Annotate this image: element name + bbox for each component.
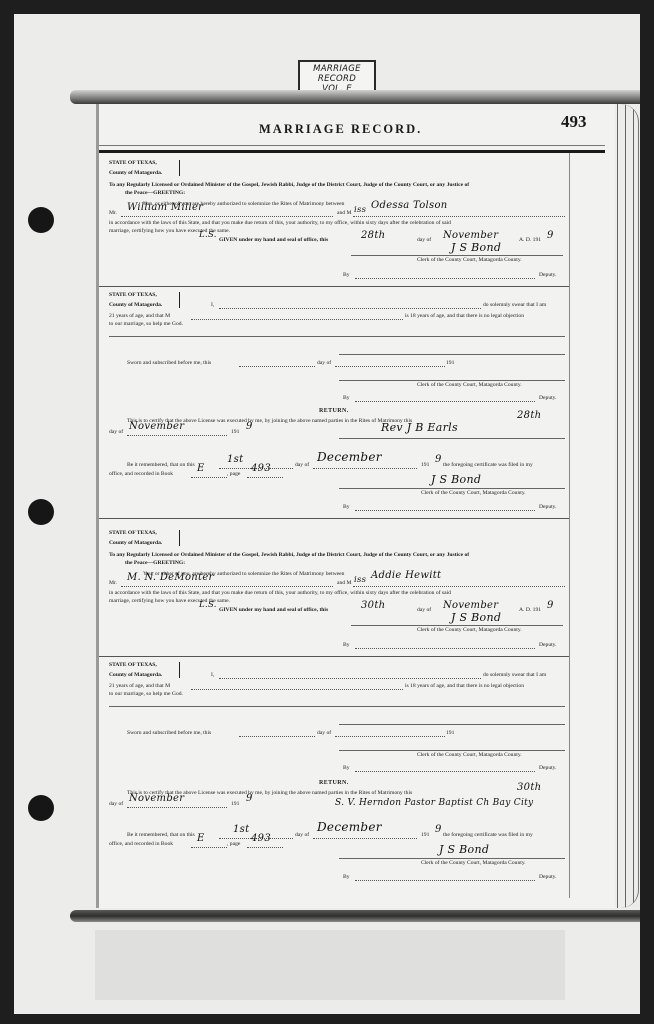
county-label: County of Matagorda. bbox=[109, 302, 162, 309]
filed-year-digit: 9 bbox=[435, 456, 442, 463]
page-edges bbox=[612, 104, 639, 908]
return-title: RETURN. bbox=[319, 408, 349, 415]
blank-line bbox=[219, 308, 481, 309]
recorded-page: 493 bbox=[251, 465, 271, 472]
signature-line bbox=[339, 380, 565, 381]
return-day: 30th bbox=[517, 784, 541, 791]
return-block-1: RETURN. This is to certify that the abov… bbox=[99, 408, 569, 518]
seal-mark: L.S. bbox=[199, 232, 217, 239]
remembered-text: Be it remembered, that on this bbox=[127, 462, 195, 469]
return-year-digit: 9 bbox=[246, 795, 253, 802]
blank-line bbox=[191, 689, 403, 690]
county-label: County of Matagorda. bbox=[109, 672, 162, 679]
binder-hole bbox=[28, 499, 54, 525]
volume-label-line: RECORD bbox=[300, 74, 374, 84]
filed-month: December bbox=[317, 824, 382, 831]
margin-line bbox=[569, 153, 570, 898]
i-label: I, bbox=[211, 302, 214, 309]
recorded-text: office, and recorded in Book bbox=[109, 471, 173, 478]
return-block-2: RETURN. This is to certify that the abov… bbox=[99, 780, 569, 890]
blank-line bbox=[127, 435, 227, 436]
blank-line bbox=[335, 736, 445, 737]
blank-line bbox=[355, 648, 535, 649]
accordance-text: in accordance with the laws of this Stat… bbox=[109, 220, 451, 227]
ad-label: A. D. 191 bbox=[519, 237, 541, 244]
day-of-label: day of bbox=[295, 832, 309, 839]
return-month: November bbox=[129, 795, 184, 802]
day-of-label: day of bbox=[317, 360, 331, 367]
blank-line bbox=[191, 319, 403, 320]
seal-mark: L.S. bbox=[199, 602, 217, 609]
by-label: By bbox=[343, 765, 350, 772]
brace bbox=[177, 292, 180, 308]
signature-line bbox=[351, 255, 563, 256]
deputy-label: Deputy. bbox=[539, 874, 557, 881]
day-of-label: day of bbox=[417, 607, 431, 614]
license-block-2: STATE OF TEXAS, County of Matagorda. To … bbox=[99, 530, 569, 658]
filed-text: the foregoing certificate was filed in m… bbox=[443, 832, 533, 839]
officiant-signature: S. V. Herndon Pastor Baptist Ch Bay City bbox=[335, 800, 533, 807]
given-day: 28th bbox=[361, 232, 385, 239]
state-label: STATE OF TEXAS, bbox=[109, 530, 157, 537]
page-title: MARRIAGE RECORD. bbox=[259, 122, 422, 137]
section-divider bbox=[99, 286, 569, 287]
year-label: 191 bbox=[231, 801, 239, 808]
book-spine-top bbox=[70, 90, 640, 104]
day-of-label: day of bbox=[295, 462, 309, 469]
clerk-label: Clerk of the County Court, Matagorda Cou… bbox=[417, 257, 522, 264]
recorded-text: office, and recorded in Book bbox=[109, 841, 173, 848]
clerk-signature: J S Bond bbox=[451, 244, 501, 251]
blank-line bbox=[191, 477, 227, 478]
blank-line bbox=[355, 771, 535, 772]
day-of-label: day of bbox=[109, 429, 123, 436]
deputy-label: Deputy. bbox=[539, 272, 557, 279]
signature-line bbox=[339, 724, 565, 725]
by-label: By bbox=[343, 395, 350, 402]
return-title: RETURN. bbox=[319, 780, 349, 787]
brace bbox=[177, 160, 180, 176]
volume-label-line: MARRIAGE bbox=[300, 64, 374, 74]
page-header: MARRIAGE RECORD. 493 bbox=[99, 104, 615, 150]
clerk-signature: J S Bond bbox=[451, 614, 501, 621]
brace bbox=[177, 530, 180, 546]
blank-line bbox=[313, 838, 417, 839]
brace bbox=[177, 662, 180, 678]
blank-line bbox=[355, 401, 535, 402]
state-label: STATE OF TEXAS, bbox=[109, 292, 157, 299]
oath-text: to our marriage, so help me God. bbox=[109, 691, 183, 698]
year-label: 191 bbox=[231, 429, 239, 436]
section-divider bbox=[99, 518, 569, 519]
header-rule bbox=[99, 145, 605, 146]
sworn-text: Sworn and subscribed before me, this bbox=[127, 360, 211, 367]
officiant-signature: Rev J B Earls bbox=[381, 424, 458, 431]
blank-line bbox=[355, 880, 535, 881]
page-label: , page bbox=[227, 841, 240, 848]
blank-line bbox=[355, 510, 535, 511]
year-label: 191 bbox=[421, 832, 429, 839]
state-label: STATE OF TEXAS, bbox=[109, 160, 157, 167]
binder-hole bbox=[28, 207, 54, 233]
blank-line bbox=[239, 736, 315, 737]
book-letter: E bbox=[197, 465, 205, 472]
sworn-text: Sworn and subscribed before me, this bbox=[127, 730, 211, 737]
bride-prefix: iss bbox=[354, 577, 366, 584]
return-month: November bbox=[129, 423, 184, 430]
book-spine-bottom bbox=[70, 910, 640, 922]
scan-smudge bbox=[95, 930, 565, 1000]
clerk-signature: J S Bond bbox=[439, 846, 489, 853]
and-m-label: and M bbox=[337, 210, 351, 217]
signature-line bbox=[339, 438, 565, 439]
filed-year-digit: 9 bbox=[435, 826, 442, 833]
signature-line bbox=[339, 354, 565, 355]
i-label: I, bbox=[211, 672, 214, 679]
groom-name: William Miller bbox=[127, 204, 203, 211]
remembered-text: Be it remembered, that on this bbox=[127, 832, 195, 839]
clerk-label: Clerk of the County Court, Matagorda Cou… bbox=[421, 490, 526, 497]
filed-day: 1st bbox=[227, 456, 243, 463]
given-month: November bbox=[443, 602, 498, 609]
filed-month: December bbox=[317, 454, 382, 461]
signature-line bbox=[339, 750, 565, 751]
given-month: November bbox=[443, 232, 498, 239]
swear-text: do solemnly swear that I am bbox=[483, 302, 546, 309]
deputy-label: Deputy. bbox=[539, 642, 557, 649]
given-text: GIVEN under my hand and seal of office, … bbox=[219, 237, 328, 244]
accordance-text: in accordance with the laws of this Stat… bbox=[109, 590, 451, 597]
oath-text: to our marriage, so help me God. bbox=[109, 321, 183, 328]
given-text: GIVEN under my hand and seal of office, … bbox=[219, 607, 328, 614]
blank-line bbox=[247, 477, 283, 478]
given-day: 30th bbox=[361, 602, 385, 609]
signature-line bbox=[109, 706, 565, 707]
section-divider bbox=[99, 656, 569, 657]
blank-line bbox=[239, 366, 315, 367]
page-number: 493 bbox=[561, 112, 587, 132]
county-label: County of Matagorda. bbox=[109, 170, 162, 177]
bride-name: Odessa Tolson bbox=[371, 202, 448, 209]
binder-hole bbox=[28, 795, 54, 821]
recorded-page: 493 bbox=[251, 835, 271, 842]
year-label: 191 bbox=[446, 360, 454, 367]
given-year-digit: 9 bbox=[547, 602, 554, 609]
return-year-digit: 9 bbox=[246, 423, 253, 430]
blank-line bbox=[353, 216, 565, 217]
blank-line bbox=[121, 586, 333, 587]
return-day: 28th bbox=[517, 412, 541, 419]
license-block-1: STATE OF TEXAS, County of Matagorda. To … bbox=[99, 160, 569, 288]
blank-line bbox=[247, 847, 283, 848]
ledger-page: MARRIAGE RECORD. 493 STATE OF TEXAS, Cou… bbox=[96, 104, 615, 908]
blank-line bbox=[121, 216, 333, 217]
bride-name: Addie Hewitt bbox=[371, 572, 441, 579]
age-text: 21 years of age, and that M bbox=[109, 683, 170, 690]
day-of-label: day of bbox=[317, 730, 331, 737]
affidavit-block-2: STATE OF TEXAS, County of Matagorda. I, … bbox=[99, 662, 569, 774]
book-letter: E bbox=[197, 835, 205, 842]
blank-line bbox=[191, 847, 227, 848]
deputy-label: Deputy. bbox=[539, 395, 557, 402]
greeting-text: the Peace—GREETING: bbox=[125, 190, 185, 197]
clerk-label: Clerk of the County Court, Matagorda Cou… bbox=[417, 752, 522, 759]
greeting-text: To any Regularly Licensed or Ordained Mi… bbox=[109, 552, 469, 559]
deputy-label: Deputy. bbox=[539, 765, 557, 772]
by-label: By bbox=[343, 642, 350, 649]
greeting-text: the Peace—GREETING: bbox=[125, 560, 185, 567]
groom-name: M. N. DeMonter bbox=[127, 574, 214, 581]
clerk-label: Clerk of the County Court, Matagorda Cou… bbox=[417, 382, 522, 389]
blank-line bbox=[127, 807, 227, 808]
bride-prefix: iss bbox=[354, 207, 366, 214]
blank-line bbox=[313, 468, 417, 469]
county-label: County of Matagorda. bbox=[109, 540, 162, 547]
blank-line bbox=[335, 366, 445, 367]
signature-line bbox=[109, 336, 565, 337]
signature-line bbox=[339, 858, 565, 859]
clerk-signature: J S Bond bbox=[431, 476, 481, 483]
day-of-label: day of bbox=[109, 801, 123, 808]
and-m-label: and M bbox=[337, 580, 351, 587]
age-text: 21 years of age, and that M bbox=[109, 313, 170, 320]
by-label: By bbox=[343, 504, 350, 511]
age-text: is 18 years of age, and that there is no… bbox=[405, 313, 524, 320]
day-of-label: day of bbox=[417, 237, 431, 244]
blank-line bbox=[355, 278, 535, 279]
year-label: 191 bbox=[446, 730, 454, 737]
affidavit-block-1: STATE OF TEXAS, County of Matagorda. I, … bbox=[99, 292, 569, 404]
by-label: By bbox=[343, 272, 350, 279]
by-label: By bbox=[343, 874, 350, 881]
filed-text: the foregoing certificate was filed in m… bbox=[443, 462, 533, 469]
filed-day: 1st bbox=[233, 826, 249, 833]
clerk-label: Clerk of the County Court, Matagorda Cou… bbox=[417, 627, 522, 634]
deputy-label: Deputy. bbox=[539, 504, 557, 511]
mr-label: Mr. bbox=[109, 210, 117, 217]
ad-label: A. D. 191 bbox=[519, 607, 541, 614]
signature-line bbox=[339, 488, 565, 489]
clerk-label: Clerk of the County Court, Matagorda Cou… bbox=[421, 860, 526, 867]
greeting-text: To any Regularly Licensed or Ordained Mi… bbox=[109, 182, 469, 189]
signature-line bbox=[351, 625, 563, 626]
mr-label: Mr. bbox=[109, 580, 117, 587]
header-rule bbox=[99, 150, 605, 153]
swear-text: do solemnly swear that I am bbox=[483, 672, 546, 679]
year-label: 191 bbox=[421, 462, 429, 469]
state-label: STATE OF TEXAS, bbox=[109, 662, 157, 669]
blank-line bbox=[353, 586, 565, 587]
given-year-digit: 9 bbox=[547, 232, 554, 239]
blank-line bbox=[219, 678, 481, 679]
page-label: , page bbox=[227, 471, 240, 478]
age-text: is 18 years of age, and that there is no… bbox=[405, 683, 524, 690]
